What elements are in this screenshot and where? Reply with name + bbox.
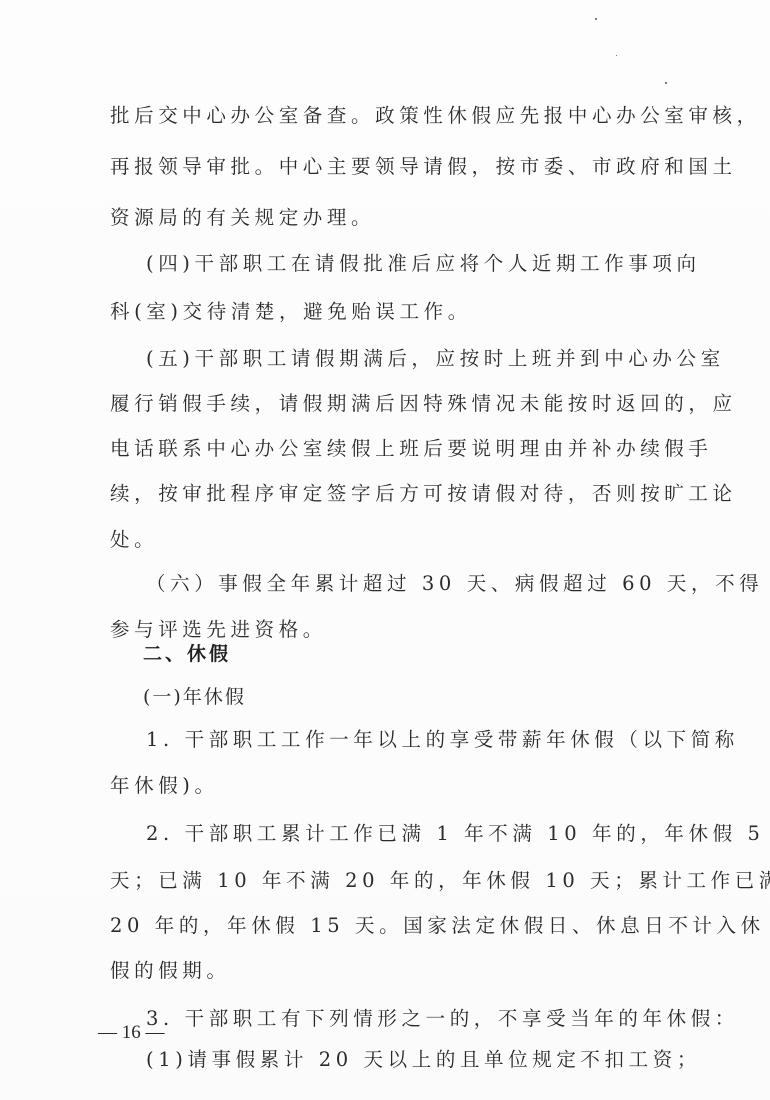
paragraph-line: (四)干部职工在请假批准后应将个人近期工作事项向 (146, 252, 701, 276)
paragraph-line: 资源局的有关规定办理。 (110, 206, 375, 230)
scan-speck (616, 55, 617, 56)
paragraph-line: 履行销假手续，请假期满后因特殊情况未能按时返回的，应 (110, 392, 737, 416)
paragraph-line: 参与评选先进资格。 (110, 618, 327, 642)
scan-speck (595, 18, 597, 20)
paragraph-line: 再报领导审批。中心主要领导请假，按市委、市政府和国土 (110, 155, 737, 179)
document-page: 批后交中心办公室备查。政策性休假应先报中心办公室审核， 再报领导审批。中心主要领… (0, 0, 770, 1100)
scan-speck (665, 82, 667, 84)
paragraph-line: （六）事假全年累计超过 30 天、病假超过 60 天，不得 (146, 572, 763, 596)
paragraph-line: 续，按审批程序审定签字后方可按请假对待，否则按旷工论 (110, 482, 737, 506)
paragraph-line: 电话联系中心办公室续假上班后要说明理由并补办续假手 (110, 437, 713, 461)
subsection-heading: (一)年休假 (143, 685, 246, 709)
list-item-line: 3. 干部职工有下列情形之一的，不享受当年的年休假： (146, 1007, 739, 1031)
paragraph-line: 处。 (110, 528, 158, 552)
page-number: — 16 — (98, 1022, 165, 1044)
list-item-line: 2. 干部职工累计工作已满 1 年不满 10 年的，年休假 5 (146, 822, 765, 846)
section-heading: 二、休假 (143, 642, 231, 666)
list-item-line: 20 年的，年休假 15 天。国家法定休假日、休息日不计入休 (110, 914, 765, 938)
list-item-line: (1)请事假累计 20 天以上的且单位规定不扣工资； (146, 1048, 701, 1072)
list-item-line: 假的假期。 (110, 959, 231, 983)
list-item-line: 天；已满 10 年不满 20 年的，年休假 10 天；累计工作已满 (110, 869, 770, 893)
paragraph-line: 科(室)交待清楚，避免贻误工作。 (110, 300, 472, 324)
list-item-line: 1. 干部职工工作一年以上的享受带薪年休假（以下简称 (146, 728, 739, 752)
paragraph-line: 批后交中心办公室备查。政策性休假应先报中心办公室审核， (110, 104, 761, 128)
paragraph-line: (五)干部职工请假期满后，应按时上班并到中心办公室 (146, 347, 725, 371)
list-item-line: 年休假)。 (110, 774, 219, 798)
